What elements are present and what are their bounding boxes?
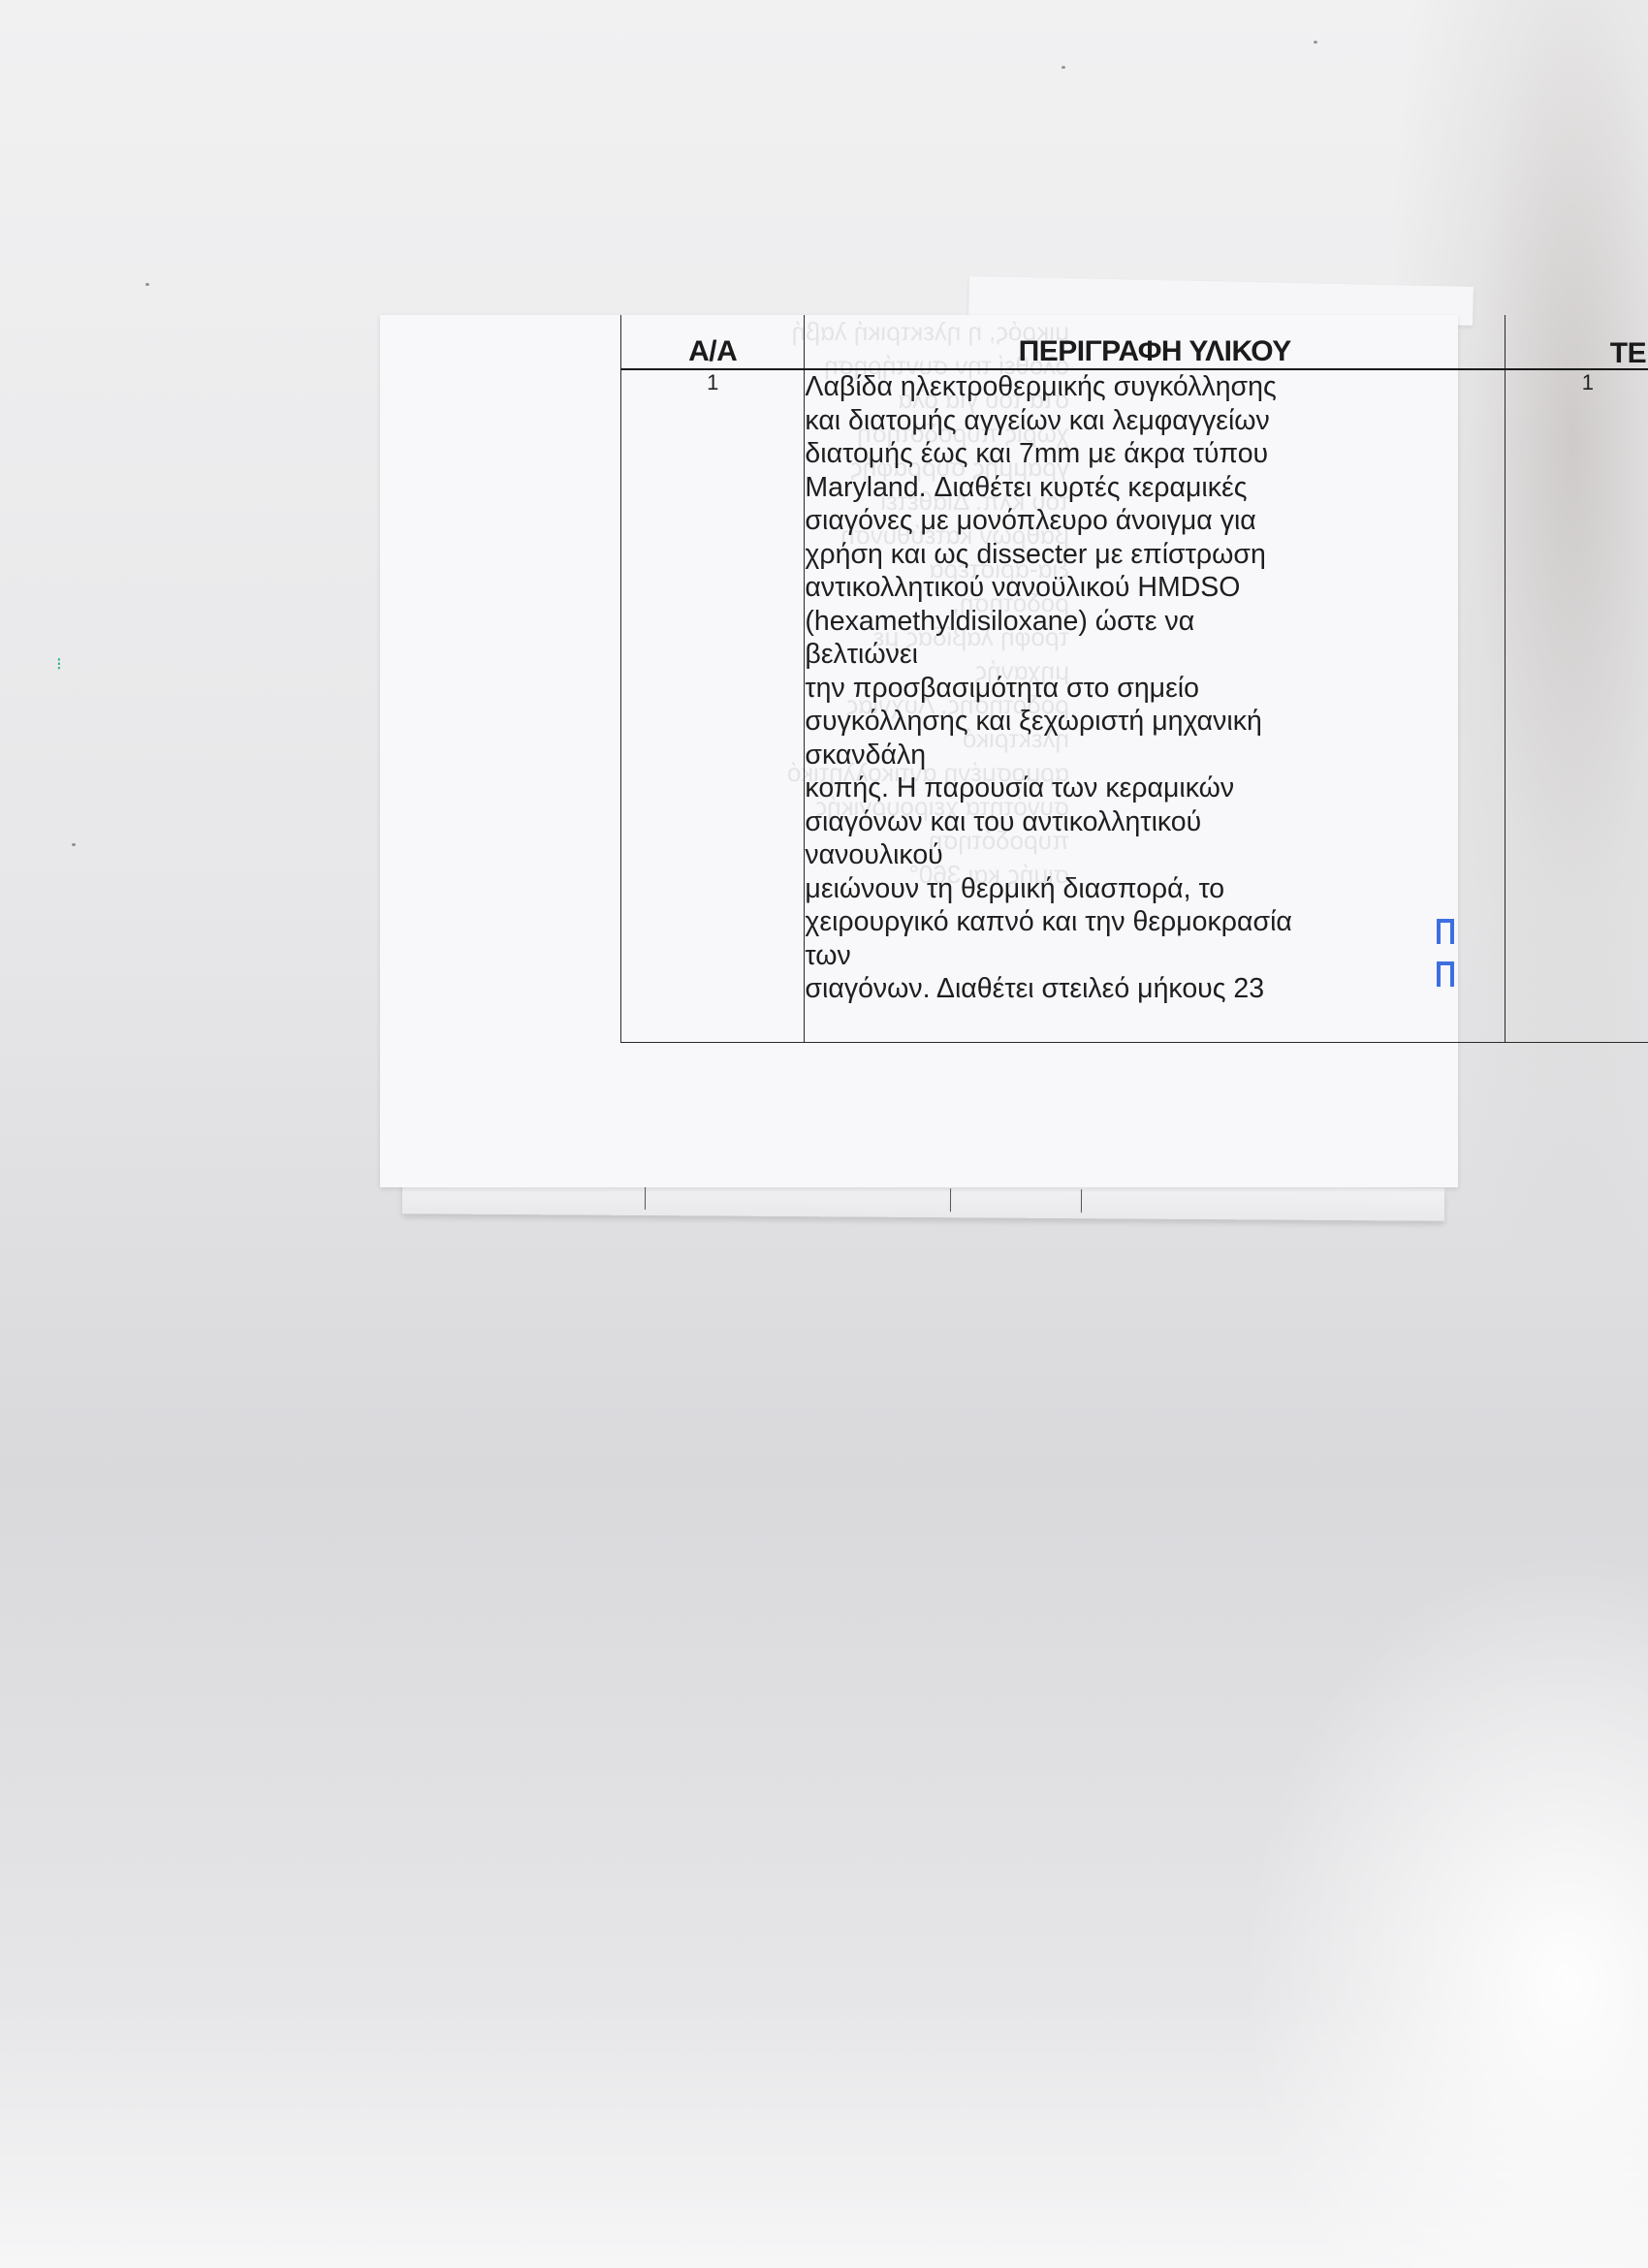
ink-mark: ⁝ [56,654,76,677]
table-line [645,1186,646,1210]
dust-speck [1314,41,1317,44]
blue-stamp-mark [1437,919,1450,987]
table-line [950,1188,951,1212]
scan-glow [1241,1551,1648,2268]
table-row: 1 Λαβίδα ηλεκτροθερμικής συγκόλλησης και… [621,369,1648,1043]
header-quantity: ΤΕΜ [1505,315,1648,369]
materials-table: Α/Α ΠΕΡΙΓΡΑΦΗ ΥΛΙΚΟΥ ΤΕΜ 1 Λαβίδα ηλεκτρ… [620,315,1648,1043]
row-quantity: 1 [1505,369,1648,1043]
table-header-row: Α/Α ΠΕΡΙΓΡΑΦΗ ΥΛΙΚΟΥ ΤΕΜ [621,315,1648,369]
scanned-page: μικρός, η ηλεκτρική λαβή ολοθεί την συντ… [380,315,1458,1187]
header-aa: Α/Α [621,315,805,369]
header-description: ΠΕΡΙΓΡΑΦΗ ΥΛΙΚΟΥ [805,315,1505,369]
row-aa: 1 [621,369,805,1043]
dust-speck [145,283,149,286]
row-description: Λαβίδα ηλεκτροθερμικής συγκόλλησης και δ… [805,369,1505,1043]
dust-speck [72,843,76,846]
table-line [1081,1189,1082,1213]
dust-speck [1062,66,1065,69]
